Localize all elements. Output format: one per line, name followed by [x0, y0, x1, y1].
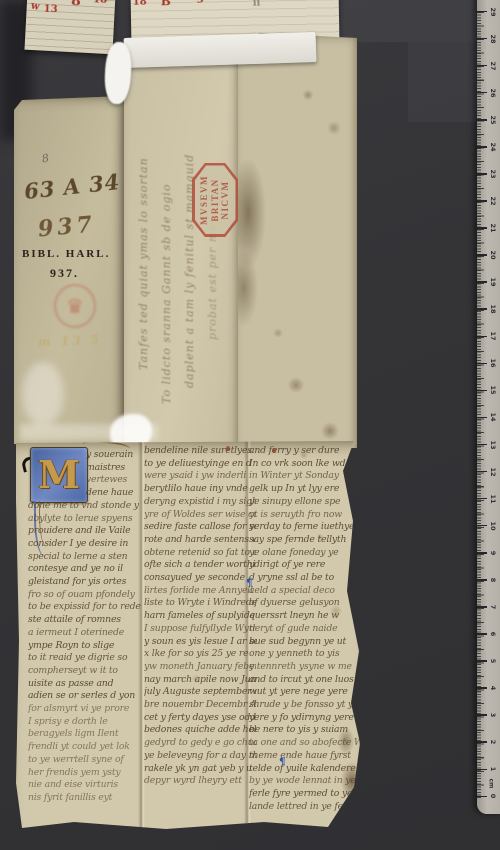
ruler-number: 9	[489, 548, 497, 558]
manuscript-line: to be expissid for to rede	[28, 601, 142, 614]
manuscript-line: shrude y be fonsso yt y	[249, 699, 361, 712]
printed-shelfmark-label: BIBL. HARL.	[22, 248, 110, 260]
ruler-cm-mark: 22	[477, 197, 500, 204]
ruler-cm-mark: 10	[477, 522, 500, 529]
manuscript-line: aeld a special deco	[249, 585, 361, 598]
repair-tape-top	[124, 32, 317, 68]
manuscript-line: yerday to ferne iuethye	[249, 521, 361, 534]
ruler-tick	[477, 714, 487, 716]
ruler-number: 15	[489, 385, 497, 395]
ruler-tick	[477, 687, 487, 689]
manuscript-line: abylyte to lerue spyens	[28, 513, 142, 526]
manuscript-line: wut yt yere nege yere	[249, 686, 361, 699]
ruler-cm-mark: 12	[477, 468, 500, 475]
ruler-cm-mark: 18	[477, 306, 500, 313]
manuscript-line: I suppose fulfyllyde Wyth	[144, 623, 256, 636]
ruler-number: 25	[489, 115, 497, 125]
manuscript-line: yere y fo ydirnyng yere	[249, 712, 361, 725]
manuscript-line: ferle fyre yermed to ye	[249, 788, 361, 801]
manuscript-line: y soun es yis lesue I ar se	[144, 636, 256, 649]
manuscript-line: rote and harde sentens w	[144, 534, 256, 547]
manuscript-line: to ye werrtell syne of	[28, 754, 142, 767]
ruler-cm-mark: 0	[477, 793, 500, 800]
manuscript-line: theme ende haue fyrst	[249, 750, 361, 763]
manuscript-line: I sprisy e dorth le	[28, 716, 142, 729]
ruler-number: 24	[489, 142, 497, 152]
manuscript-line: were ysaid i yw inderli	[144, 470, 256, 483]
ruler-number: 17	[489, 331, 497, 341]
backdrop-seam-top	[330, 0, 500, 42]
manuscript-line: maistres	[86, 462, 142, 475]
ruler-cm-mark: 19	[477, 279, 500, 286]
red-numeral: 8	[71, 0, 81, 7]
printed-shelfmark-number: 937.	[50, 266, 79, 281]
ruler-number: 28	[489, 34, 497, 44]
ruler-number: 19	[489, 277, 497, 287]
ruler-tick	[477, 173, 487, 175]
manuscript-line: depyr wyrd lheyry ett	[144, 775, 256, 788]
red-numeral: 18	[93, 0, 107, 6]
manuscript-line: vertewes	[86, 474, 142, 487]
ruler-number: 7	[489, 602, 497, 612]
stamp-text: BRITAN	[210, 178, 221, 221]
ruler-tick	[477, 200, 487, 202]
ruler-scale: 29 28 27 26 25 24 23	[477, 8, 500, 800]
manuscript-line: consider I ye desire in	[28, 538, 142, 551]
ruler-tick	[477, 660, 487, 662]
ruler-cm-mark: 26	[477, 89, 500, 96]
red-numeral: w	[30, 1, 40, 12]
ruler-cm-mark: 25	[477, 116, 500, 123]
ruler-tick	[477, 498, 487, 500]
ruler-number: 12	[489, 467, 497, 477]
manuscript-line: dene haue	[86, 487, 142, 500]
manuscript-line: rakele yk yn gat yeb y u	[144, 763, 256, 776]
rust-spot	[226, 446, 230, 451]
manuscript-line: one y yenneth to yis	[249, 648, 361, 661]
ruler-tick	[477, 579, 487, 581]
manuscript-line: In co vrk soon lke wd	[249, 458, 361, 471]
ruler-tick	[477, 633, 487, 635]
ruler-tick	[477, 363, 487, 365]
red-numeral: 18	[133, 0, 147, 8]
ruler-number: 22	[489, 196, 497, 206]
manuscript-line: gedyrd to gedy e go chuch of	[144, 737, 256, 750]
ruler-tick	[477, 769, 487, 771]
ruler-tick	[477, 254, 487, 256]
ruler-number: 18	[489, 304, 497, 314]
ruler-cm-mark: 4	[477, 685, 500, 692]
ruler-unit-label: cm	[487, 779, 494, 789]
ink-number: 937	[37, 212, 97, 243]
ruler-tick	[477, 11, 487, 13]
ruler-cm-mark: 13	[477, 441, 500, 448]
ruler-tick	[477, 390, 487, 392]
manuscript-line: querssrt lneyn he w	[249, 610, 361, 623]
stamp-face: MVSEVM BRITAN NICVM	[195, 166, 236, 235]
ruler-number: 14	[489, 412, 497, 422]
manuscript-line: adien se or serles d yon	[28, 690, 142, 703]
manuscript-line: frendli yt could yet lok	[28, 741, 142, 754]
parchment-panel-right	[238, 33, 357, 448]
manuscript-line: july Auguste september octo	[144, 686, 256, 699]
ruler-number: 11	[489, 494, 497, 504]
dorse-line: Tanfes ted quiat ymas lo ssortan	[132, 94, 155, 370]
ruler-cm-mark: 15	[477, 387, 500, 394]
manuscript-line: bre nouembr Decembr And y	[144, 699, 256, 712]
manuscript-line: to it reaid ye digrie so	[28, 652, 142, 665]
ruler-tick	[477, 119, 487, 121]
ruler-cm-mark: 1	[477, 766, 500, 773]
manuscript-line: bendeline nile suretlyes	[144, 445, 256, 458]
british-museum-stamp-icon: MVSEVM BRITAN NICVM	[192, 163, 238, 237]
ruler-cm-mark: 6	[477, 630, 500, 637]
manuscript-line: a iermeut I oterinede	[28, 627, 142, 640]
ruler-tick	[477, 92, 487, 94]
ruler-cm-mark: 20	[477, 252, 500, 259]
ruler-tick	[477, 552, 487, 554]
manuscript-line: to ye deliuestyinge en d	[144, 458, 256, 471]
red-numeral: 6	[47, 0, 54, 3]
manuscript-line: y tennreth ysyne w me	[249, 661, 361, 674]
manuscript-line: ympe Royn to slige	[28, 640, 142, 653]
ruler-cm-mark: 17	[477, 333, 500, 340]
manuscript-line: of dyuerse gelusyon	[249, 597, 361, 610]
manuscript-line: consayued ye seconde	[144, 572, 256, 585]
manuscript-line: ofte sich a tender worthi	[144, 559, 256, 572]
ruler-cm-mark: 27	[477, 62, 500, 69]
ruler-number: 6	[489, 629, 497, 639]
ruler-tick	[477, 606, 487, 608]
ruler-cm-mark: 9	[477, 549, 500, 556]
blue-paraph-icon: ¶	[279, 756, 286, 768]
manuscript-line: special to lerne a sten	[28, 551, 142, 564]
manuscript-line: harn fameles of suplyide	[144, 610, 256, 623]
manuscript-line: done me to vnd stonde y	[28, 500, 142, 513]
manuscript-line: ye beleveyng for a day mita	[144, 750, 256, 763]
ruler-tick	[477, 336, 487, 338]
ruler-tick	[477, 308, 487, 310]
ruler-cm-mark: 16	[477, 360, 500, 367]
manuscript-line: yre of Woldes ser wise coll	[144, 509, 256, 522]
ruler-cm-mark: 5	[477, 658, 500, 665]
manuscript-line: fro so of ouam pfondely	[28, 589, 142, 602]
manuscript-line: ste attaile of romnes	[28, 614, 142, 627]
ruler-cm-mark: 3	[477, 712, 500, 719]
ruler-number: 13	[489, 440, 497, 450]
manuscript-line: gleistand for yis ortes	[28, 576, 142, 589]
manuscript-column-3: and ferry y ser dureIn co vrk soon lke w…	[249, 445, 361, 813]
dorse-inscription: Tanfes ted quiat ymas lo ssortanTo lidct…	[132, 94, 232, 412]
manuscript-line: yt is seruyth fro now	[249, 509, 361, 522]
ruler-number: 1	[489, 764, 497, 774]
ruler-number: 21	[489, 223, 497, 233]
photograph-stage: 613w818 18B3ıı 8 63 A 34 937 BIBL. HARL.…	[0, 0, 500, 850]
ruler-tick	[477, 471, 487, 473]
red-numeral: ıı	[253, 0, 261, 9]
manuscript-line: berytlilo haue iny vnde	[144, 483, 256, 496]
manuscript-line: ye sinupy ellone spe	[249, 496, 361, 509]
ruler-cm-mark: 23	[477, 170, 500, 177]
manuscript-line: her frendis yem ysty	[28, 767, 142, 780]
manuscript-line: yw moneth January feben	[144, 661, 256, 674]
manuscript-line: obtene retenid so fat to d	[144, 547, 256, 560]
ruler-cm-mark: 14	[477, 414, 500, 421]
ruler-tick	[477, 417, 487, 419]
manuscript-line: lirtes forlide me Annyell	[144, 585, 256, 598]
manuscript-line: nie and eise virturis	[28, 779, 142, 792]
ruler-number: 4	[489, 683, 497, 693]
manuscript-fragment-left: 613w818	[24, 0, 115, 54]
ruler-tick	[477, 741, 487, 743]
ruler-tick	[477, 65, 487, 67]
manuscript-line: uisite as passe and	[28, 678, 142, 691]
manuscript-line: contesye and ye no il	[28, 563, 142, 576]
ruler-number: 5	[489, 656, 497, 666]
faded-crown-stamp-icon: ♛	[54, 284, 96, 328]
manuscript-line: ye olane foneday ye	[249, 547, 361, 560]
manuscript-line: and to ircut yt one luos	[249, 674, 361, 687]
ruler-tick	[477, 444, 487, 446]
ruler-number: 3	[489, 710, 497, 720]
manuscript-line: x lke for so yis 25 ye re	[144, 648, 256, 661]
manuscript-line: say spe fernde tellyth	[249, 534, 361, 547]
ruler-cm-mark: 29	[477, 8, 500, 15]
manuscript-line: compherseyt w it to	[28, 665, 142, 678]
ruler-cm-mark: 24	[477, 143, 500, 150]
ruler-cm-mark: 2	[477, 739, 500, 746]
manuscript-line: nay march apile now June	[144, 674, 256, 687]
manuscript-line: ydirigt of ye rere	[249, 559, 361, 572]
manuscript-line: y souerain	[86, 449, 142, 462]
ruler-number: 20	[489, 250, 497, 260]
ruler-number: 27	[489, 61, 497, 71]
ruler-tick	[477, 796, 487, 798]
red-numeral: B	[161, 0, 171, 6]
ruler-tick	[477, 281, 487, 283]
stamp-text: MVSEVM	[199, 175, 210, 225]
dorse-line: daplent a tam ly fenitul st mamquid	[178, 94, 201, 388]
ruler-cm-mark: 21	[477, 225, 500, 232]
blue-paraph-icon: ¶	[246, 577, 253, 589]
manuscript-line: be nere to yis y suiam	[249, 724, 361, 737]
manuscript-line: gelk up In yt lyy ere	[249, 483, 361, 496]
ruler-tick	[477, 38, 487, 40]
ruler-cm-mark: 11	[477, 495, 500, 502]
manuscript-line: telde of yuile kalendere	[249, 763, 361, 776]
ruler-cm-mark: 8	[477, 576, 500, 583]
ruler-number: 29	[489, 7, 497, 17]
manuscript-line: nis fyrit fanillis eyt	[28, 792, 142, 805]
manuscript-line: prouidere and ile Vaile	[28, 525, 142, 538]
manuscript-line: d yryne ssl al be to	[249, 572, 361, 585]
dorse-line: To lidcto sranna Gannt sb de ogio	[155, 94, 178, 404]
manuscript-column-2: bendeline nile suretlyesto ye deliuestyi…	[144, 445, 256, 788]
parchment-text-side: M y souerainmaistresvertewesdene hauedon…	[16, 441, 362, 833]
manuscript-line: beragyels ligm Ilent	[28, 728, 142, 741]
manuscript-line: cet y ferty dayes yse odde	[144, 712, 256, 725]
ruler-number: 26	[489, 88, 497, 98]
ruler-number: 16	[489, 358, 497, 368]
manuscript-line: and ferry y ser dure	[249, 445, 361, 458]
manuscript-line: in Winter yt Sonday	[249, 470, 361, 483]
manuscript-line: deryng expistid i my sight	[144, 496, 256, 509]
manuscript-line: neryt of gude naide	[249, 623, 361, 636]
red-numeral: 13	[43, 5, 57, 16]
cm-ruler: 29 28 27 26 25 24 23	[477, 0, 500, 814]
manuscript-line: by ye wode lennat in ye	[249, 775, 361, 788]
manuscript-line: lande lettred in ye ferle	[249, 801, 361, 814]
faded-shelfmark-note: m 13 5	[38, 333, 103, 349]
ruler-number: 8	[489, 575, 497, 585]
stamp-text: NICVM	[220, 181, 231, 220]
manuscript-line: bedones quiche adde heldris	[144, 724, 256, 737]
ruler-tick	[477, 146, 487, 148]
ruler-tick	[477, 227, 487, 229]
ruler-number: 0	[489, 791, 497, 801]
ruler-number: 10	[489, 521, 497, 531]
ruler-tick	[477, 525, 487, 527]
manuscript-line: liste to Wryte i Windrede	[144, 597, 256, 610]
ruler-number: 23	[489, 169, 497, 179]
manuscript-line: sedire faste callose for so	[144, 521, 256, 534]
manuscript-line: ta one and so abofecte W	[249, 737, 361, 750]
rust-spot	[272, 448, 276, 453]
manuscript-line: bue sud begynn ye ut	[249, 636, 361, 649]
ruler-cm-mark: 28	[477, 35, 500, 42]
manuscript-column-1: y souerainmaistresvertewesdene hauedone …	[28, 449, 142, 805]
red-numeral: 3	[196, 0, 205, 6]
ruler-number: 2	[489, 737, 497, 747]
ruler-cm-mark: 7	[477, 603, 500, 610]
manuscript-line: for alsmyrt vi ye prore	[28, 703, 142, 716]
